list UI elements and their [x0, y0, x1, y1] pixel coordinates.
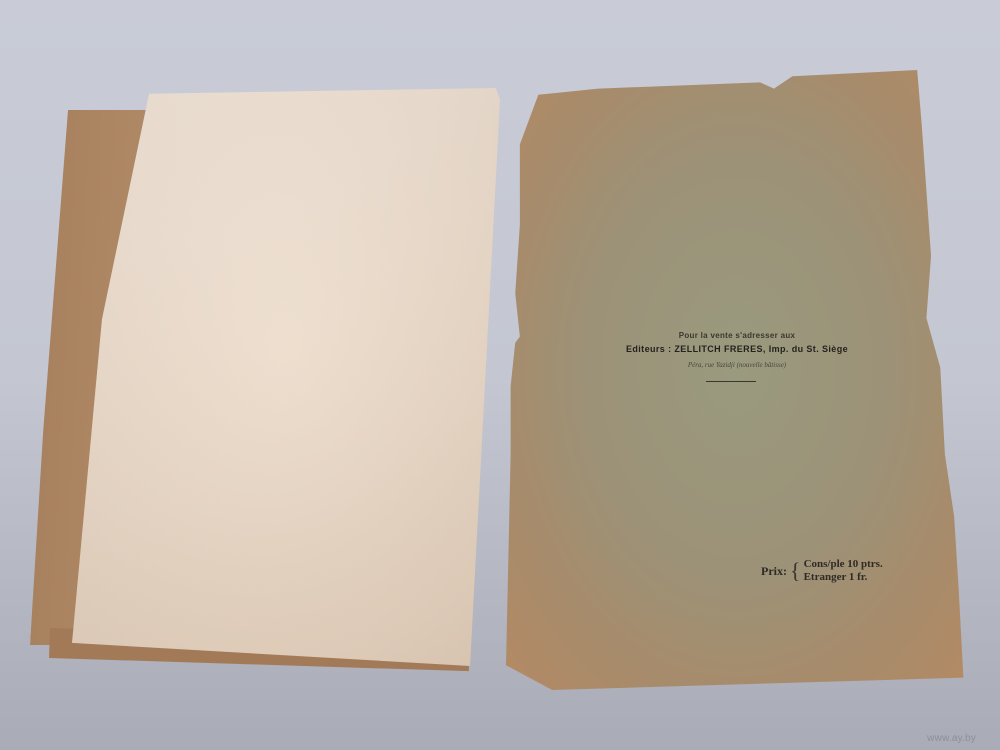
price-label: Prix: — [761, 564, 787, 579]
publisher-name: Editeurs : ZELLITCH FRERES, Imp. du St. … — [506, 344, 968, 354]
price-domestic: Cons/ple 10 ptrs. — [804, 558, 883, 571]
price-block: Prix: { Cons/ple 10 ptrs. Etranger 1 fr. — [761, 558, 883, 584]
price-foreign: Etranger 1 fr. — [804, 571, 883, 584]
brace-icon: { — [790, 560, 801, 582]
photo-scene: Pour la vente s'adresser aux Editeurs : … — [0, 0, 1000, 750]
sales-notice: Pour la vente s'adresser aux — [506, 331, 968, 340]
watermark: www.ay.by — [927, 733, 976, 744]
right-aged-page: Pour la vente s'adresser aux Editeurs : … — [506, 70, 968, 690]
left-blank-page — [72, 88, 500, 666]
price-lines: Cons/ple 10 ptrs. Etranger 1 fr. — [804, 558, 883, 584]
publisher-imprint: Pour la vente s'adresser aux Editeurs : … — [506, 70, 968, 690]
publisher-address: Péra, rue Yazidji (nouvelle bâtisse) — [506, 361, 968, 369]
divider-rule — [706, 381, 756, 382]
